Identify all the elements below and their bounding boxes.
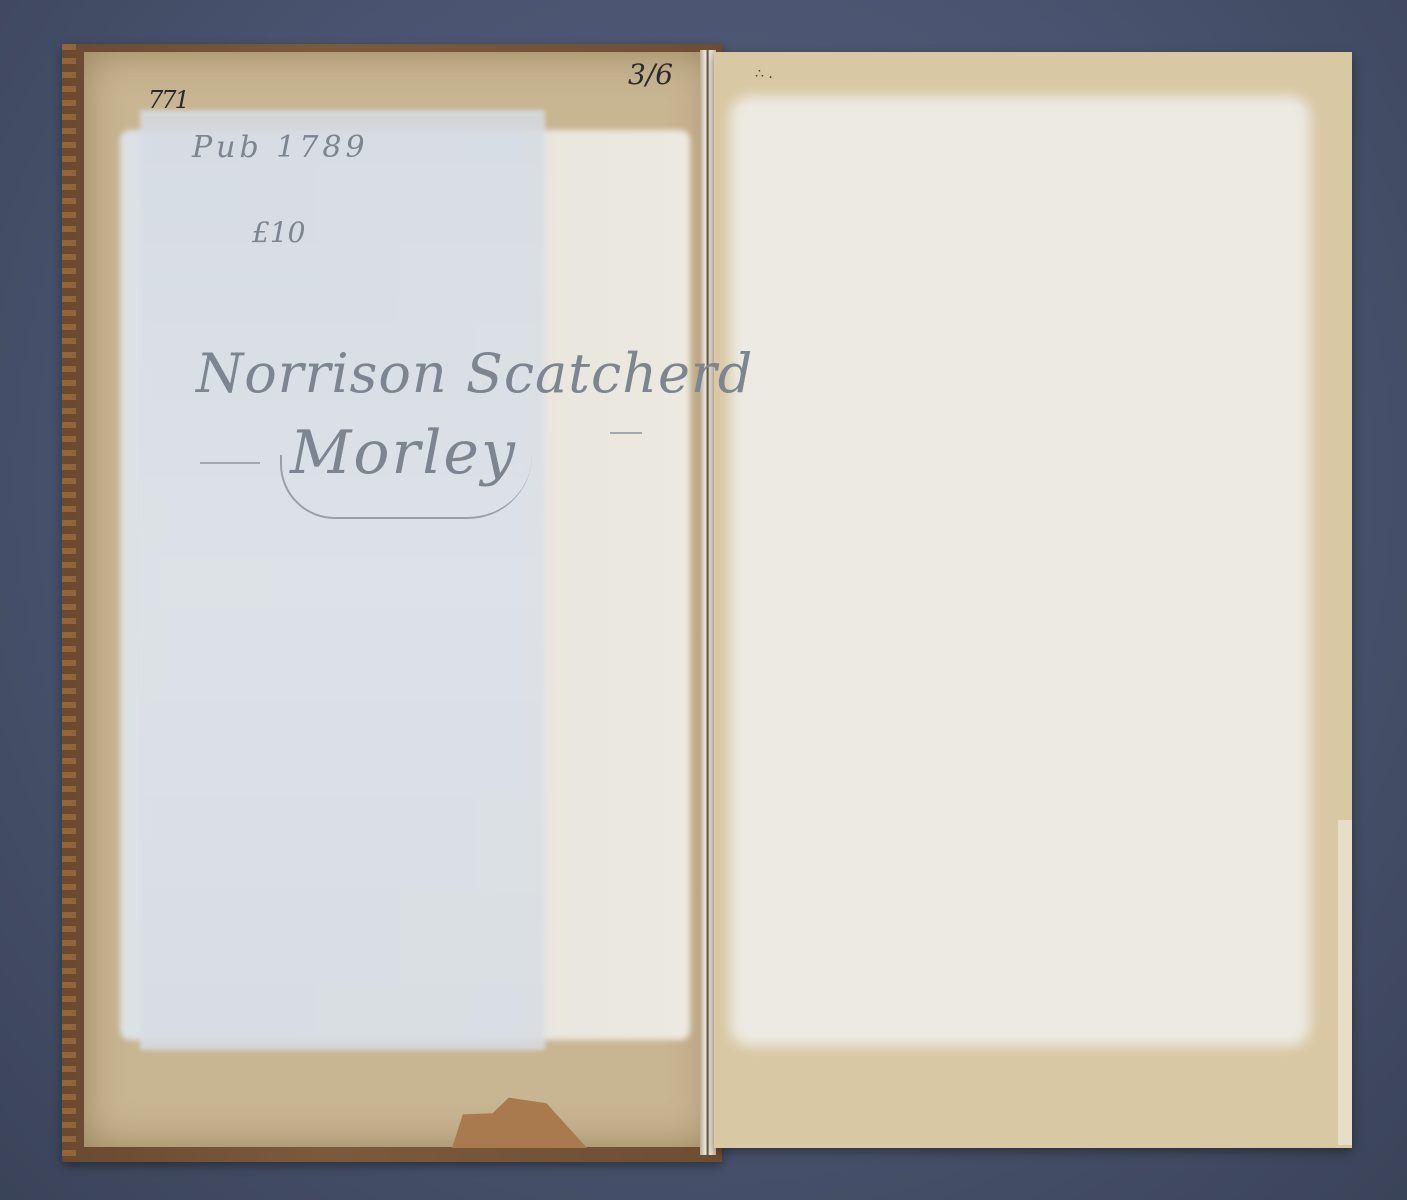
left-page-bluish-paper	[140, 110, 545, 1050]
right-page-edge	[1338, 820, 1352, 1145]
corner-marks: ∴ .	[755, 66, 773, 82]
flourish-dash-right	[610, 432, 642, 434]
shelf-mark: 771	[148, 86, 188, 114]
publication-note: Pub 1789	[192, 130, 369, 165]
pencil-price-note: £10	[252, 216, 305, 249]
owner-inscription-line1: Norrison Scatcherd	[196, 342, 753, 405]
price-mark: 3/6	[628, 58, 673, 91]
right-page-clean-area	[730, 96, 1310, 1046]
signature-flourish	[280, 455, 532, 519]
flourish-dash-left	[200, 462, 260, 464]
